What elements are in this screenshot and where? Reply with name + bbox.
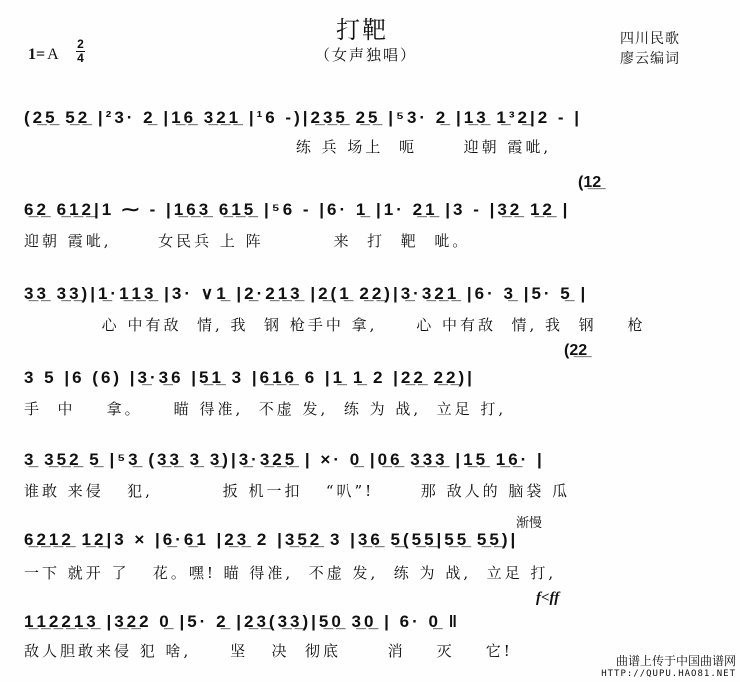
watermark-text: 曲谱上传于中国曲谱网	[601, 655, 736, 668]
instrumental-insert: (1̲2̲	[578, 174, 601, 192]
time-signature-top: 2	[76, 38, 85, 51]
key-prefix: 1=	[28, 46, 45, 63]
lyrics-line: 迎朝 霞呲, 女民兵 上 阵 来 打 靶 呲。	[24, 230, 470, 251]
lyrics-line: 练 兵 场上 呃 迎朝 霞呲,	[24, 136, 551, 157]
notation-line: 1̲1̲2̲2̲1̲3̲ |3̲2̲2 0̲ |5· 2̲ |2̲3̲(3̲3̲…	[24, 612, 460, 632]
key-note: A	[47, 46, 59, 63]
song-lyricist: 廖云编词	[620, 48, 680, 68]
tempo-marking-ritardando: 渐慢	[516, 512, 542, 531]
notation-line: 3 5 |6 (6) |3̲·3̲6 |5̲1̲ 3 |6̲1̲6̲ 6 |1̲…	[24, 368, 475, 388]
key-signature: 1=A	[28, 46, 59, 64]
notation-line: (2̲5̲ 5̲2̲ |²3· 2̲ |1̲6̲ 3̲2̲1̲ |¹6 -)|2…	[24, 108, 582, 128]
time-signature-bottom: 4	[76, 52, 85, 65]
watermark: 曲谱上传于中国曲谱网 HTTP://QUPU.HAO81.NET	[601, 655, 736, 681]
song-subtitle: （女声独唱）	[315, 44, 417, 65]
lyrics-line: 手 中 拿。 瞄 得准, 不虚 发, 练 为 战, 立足 打,	[24, 398, 506, 419]
song-title: 打靶	[336, 10, 388, 45]
lyrics-line: 心 中有敌 情, 我 钢 枪手中 拿, 心 中有敌 情, 我 钢 枪	[24, 314, 646, 335]
notation-line: 3̲ 3̲5̲2̲ 5̲ |⁵3̲ (3̲3̲ 3̲ 3̲)|3̲·3̲2̲5̲…	[24, 450, 545, 470]
dynamic-marking: f<ff	[536, 590, 559, 607]
song-origin: 四川民歌	[620, 28, 680, 48]
lyrics-line: 谁敢 来侵 犯, 扳 机一扣 “叭”! 那 敌人的 脑袋 瓜	[24, 480, 570, 501]
instrumental-insert: (2̲2̲	[564, 342, 587, 360]
watermark-url: HTTP://QUPU.HAO81.NET	[601, 668, 736, 681]
notation-line: 3̲3̲ 3̲3̲)|1̲·1̲1̲3̲ |3· ∨1̲ |2̲·2̲1̲3̲ …	[24, 284, 588, 304]
time-signature: 2 4	[76, 38, 85, 65]
notation-line: 6̲2̲ 6̲1̲2̲|1 ⁓ - |1̲6̲3̲ 6̲1̲5̲ |⁵6 - |…	[24, 200, 570, 220]
lyrics-line: 一下 就开 了 花。嘿! 瞄 得准, 不虚 发, 练 为 战, 立足 打,	[24, 562, 556, 583]
lyrics-line: 敌人胆敢来侵 犯 啥, 坚 决 彻底 消 灭 它!	[24, 640, 513, 661]
notation-line: 6̲2̲1̲2̲ 1̲2̲|3 × |6̲·6̲1 |2̲3̲ 2 |3̲5̲2…	[24, 530, 518, 550]
